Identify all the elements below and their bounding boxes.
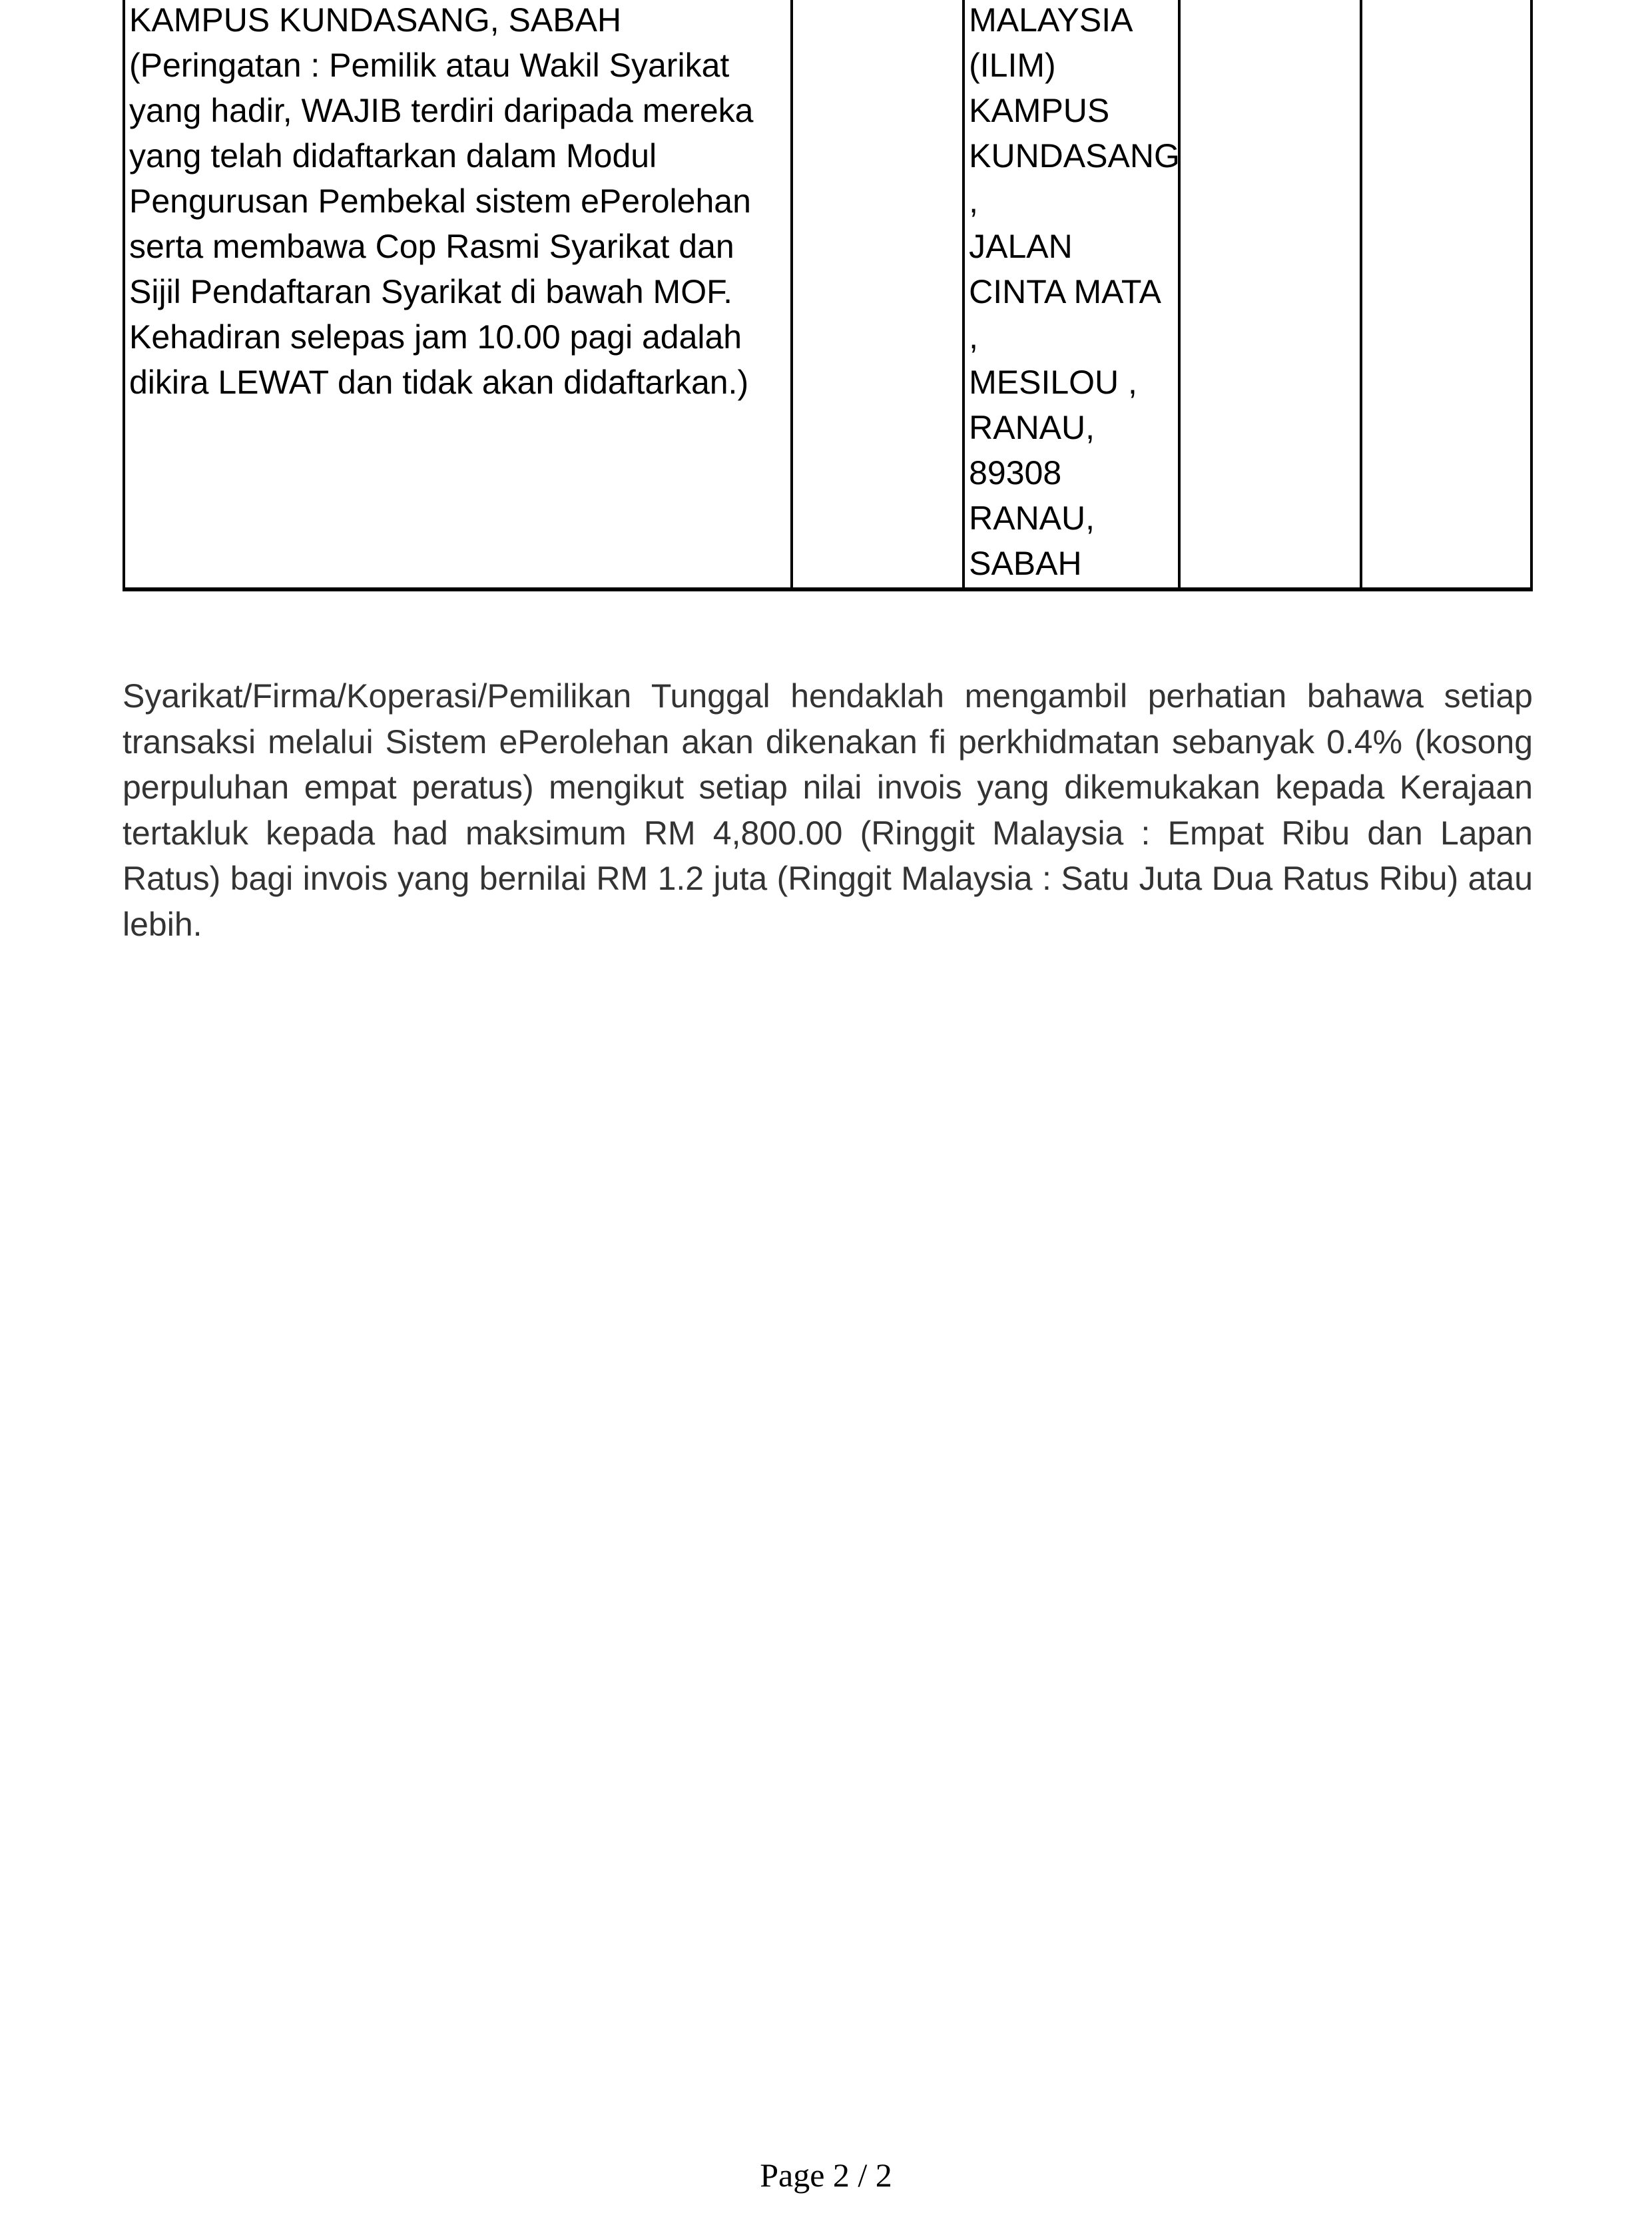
table-row: KAMPUS KUNDASANG, SABAH (Peringatan : Pe… — [124, 0, 1531, 589]
address-line: JALAN — [969, 224, 1178, 269]
address-line: RANAU, — [969, 405, 1178, 450]
description-line: Sijil Pendaftaran Syarikat di bawah MOF. — [129, 269, 790, 314]
description-line: dikira LEWAT dan tidak akan didaftarkan.… — [129, 360, 790, 405]
address-line: 89308 — [969, 450, 1178, 495]
empty-cell — [1361, 0, 1531, 589]
empty-cell — [1179, 0, 1361, 589]
address-line: (ILIM) — [969, 43, 1178, 88]
address-cell: MALAYSIA (ILIM) KAMPUS KUNDASANG , JALAN… — [964, 0, 1179, 589]
address-line: RANAU, — [969, 495, 1178, 541]
description-line: yang telah didaftarkan dalam Modul — [129, 133, 790, 178]
description-cell: KAMPUS KUNDASANG, SABAH (Peringatan : Pe… — [124, 0, 792, 589]
address-line: KAMPUS — [969, 88, 1178, 133]
description-line: Pengurusan Pembekal sistem ePerolehan — [129, 178, 790, 224]
address-line: , — [969, 178, 1178, 224]
address-line: MESILOU , — [969, 360, 1178, 405]
briefing-details-table: KAMPUS KUNDASANG, SABAH (Peringatan : Pe… — [123, 0, 1533, 591]
document-page: KAMPUS KUNDASANG, SABAH (Peringatan : Pe… — [0, 0, 1652, 2233]
empty-cell — [792, 0, 964, 589]
description-line: Kehadiran selepas jam 10.00 pagi adalah — [129, 314, 790, 360]
address-line: , — [969, 314, 1178, 360]
page-number: Page 2 / 2 — [0, 2155, 1652, 2195]
description-line: KAMPUS KUNDASANG, SABAH — [129, 0, 790, 43]
address-line: KUNDASANG — [969, 133, 1178, 178]
service-fee-notice: Syarikat/Firma/Koperasi/Pemilikan Tungga… — [123, 673, 1533, 947]
address-line: CINTA MATA — [969, 269, 1178, 314]
address-line: MALAYSIA — [969, 0, 1178, 43]
description-line: serta membawa Cop Rasmi Syarikat dan — [129, 224, 790, 269]
address-line: SABAH — [969, 541, 1178, 586]
description-line: (Peringatan : Pemilik atau Wakil Syarika… — [129, 43, 790, 88]
description-line: yang hadir, WAJIB terdiri daripada merek… — [129, 88, 790, 133]
